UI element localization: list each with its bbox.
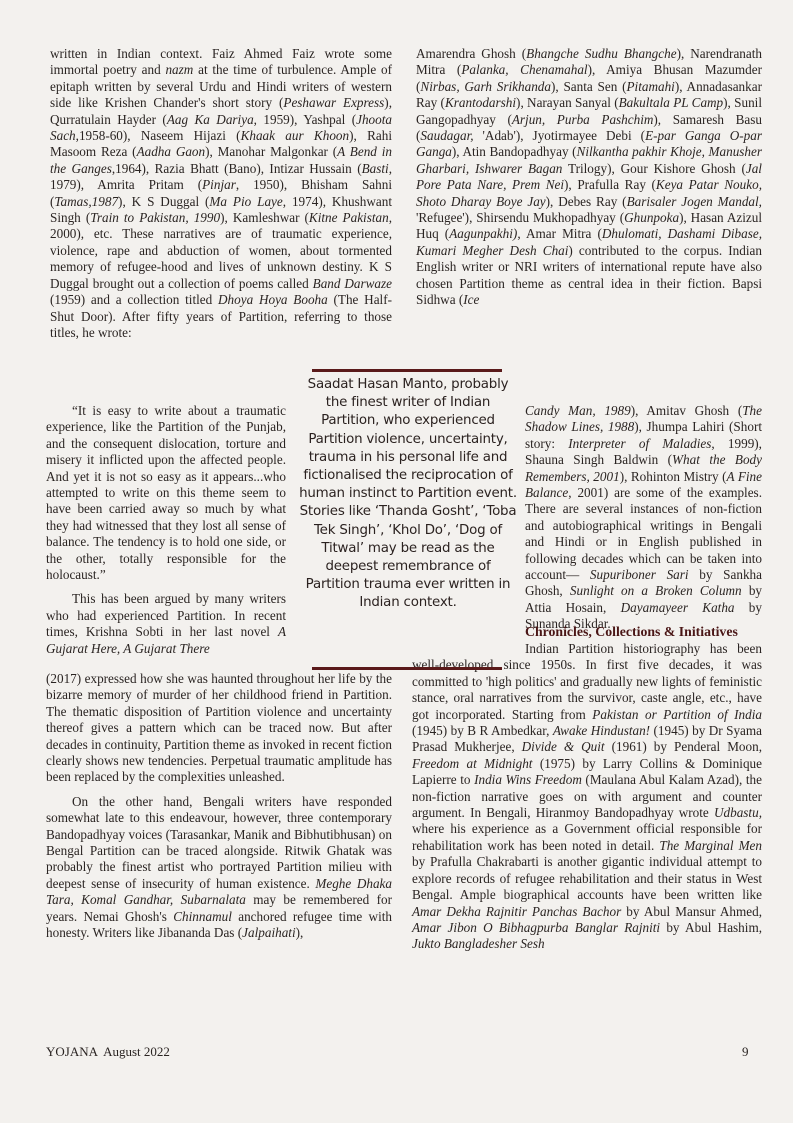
- right-column-mid: Candy Man, 1989), Amitav Ghosh (The Shad…: [525, 403, 762, 633]
- paragraph: Amarendra Ghosh (Bhangche Sudhu Bhangche…: [416, 46, 762, 309]
- page-number: 9: [742, 1044, 749, 1060]
- magazine-page: written in Indian context. Faiz Ahmed Fa…: [0, 0, 793, 1123]
- paragraph: On the other hand, Bengali writers have …: [46, 794, 392, 942]
- block-quote: “It is easy to write about a traumatic e…: [46, 403, 286, 583]
- paragraph: Indian Partition historiography has been…: [412, 641, 762, 953]
- paragraph: Candy Man, 1989), Amitav Ghosh (The Shad…: [525, 403, 762, 633]
- left-column-bottom: (2017) expressed how she was haunted thr…: [46, 671, 392, 942]
- pull-quote-rule-top: [312, 369, 502, 372]
- paragraph: This has been argued by many writers who…: [46, 591, 286, 657]
- paragraph: (2017) expressed how she was haunted thr…: [46, 671, 392, 786]
- pull-quote-rule-bottom: [312, 667, 502, 670]
- pull-quote: Saadat Hasan Manto, probably the finest …: [297, 376, 519, 613]
- right-column-top: Amarendra Ghosh (Bhangche Sudhu Bhangche…: [416, 46, 762, 309]
- publication-footer: YOJANA August 2022: [46, 1044, 170, 1060]
- left-column-top: written in Indian context. Faiz Ahmed Fa…: [50, 46, 392, 341]
- paragraph: written in Indian context. Faiz Ahmed Fa…: [50, 46, 392, 341]
- left-column-quote: “It is easy to write about a traumatic e…: [46, 403, 286, 657]
